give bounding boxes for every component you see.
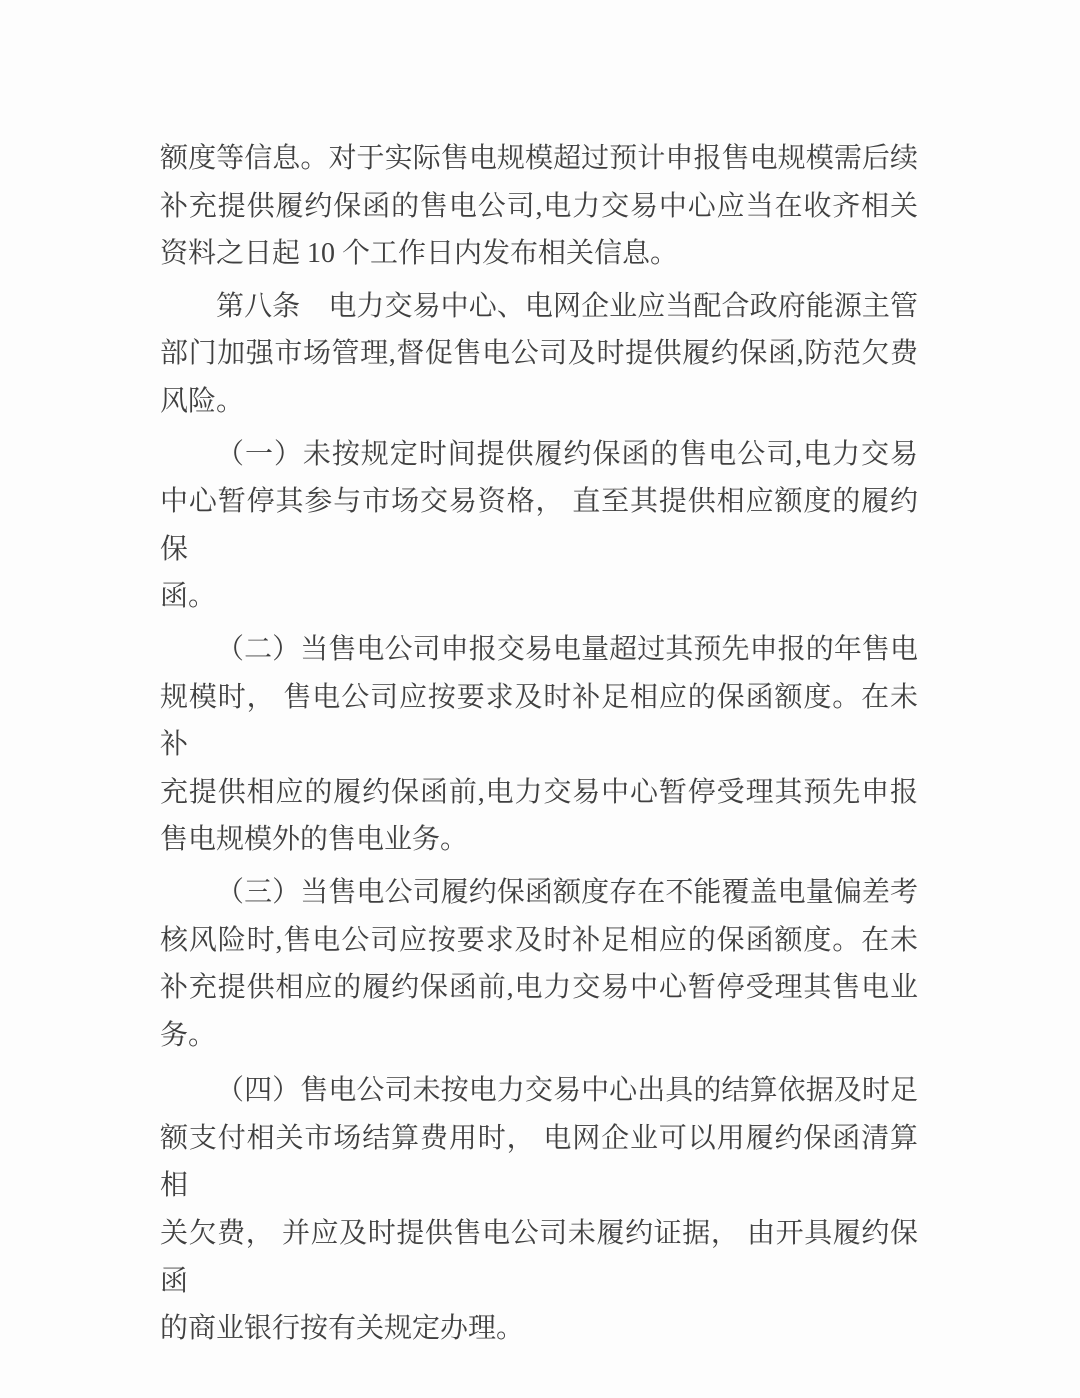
text-line: 补充提供履约保函的售电公司,电力交易中心应当在收齐相关 xyxy=(160,183,918,231)
text-line: 函。 xyxy=(160,573,918,621)
text-line: （四）售电公司未按电力交易中心出具的结算依据及时足 xyxy=(160,1067,918,1115)
text-line: 额支付相关市场结算费用时， 电网企业可以用履约保函清算相 xyxy=(160,1115,918,1210)
document-text-block: 额度等信息。对于实际售电规模超过预计申报售电规模需后续 补充提供履约保函的售电公… xyxy=(160,135,918,1353)
text-line: 核风险时,售电公司应按要求及时补足相应的保函额度。在未 xyxy=(160,917,918,965)
text-line: 的商业银行按有关规定办理。 xyxy=(160,1305,918,1353)
paragraph-item-4: （四）售电公司未按电力交易中心出具的结算依据及时足 额支付相关市场结算费用时， … xyxy=(160,1067,918,1353)
text-line: 售电规模外的售电业务。 xyxy=(160,816,918,864)
text-line: （一）未按规定时间提供履约保函的售电公司,电力交易 xyxy=(160,431,918,479)
text-line: 中心暂停其参与市场交易资格， 直至其提供相应额度的履约保 xyxy=(160,478,918,573)
paragraph-item-3: （三）当售电公司履约保函额度存在不能覆盖电量偏差考 核风险时,售电公司应按要求及… xyxy=(160,869,918,1059)
text-line: 部门加强市场管理,督促售电公司及时提供履约保函,防范欠费 xyxy=(160,330,918,378)
text-line: 务。 xyxy=(160,1012,918,1060)
text-line: 第八条 电力交易中心、电网企业应当配合政府能源主管 xyxy=(160,283,918,331)
paragraph-article-8: 第八条 电力交易中心、电网企业应当配合政府能源主管 部门加强市场管理,督促售电公… xyxy=(160,283,918,426)
text-line: （二）当售电公司申报交易电量超过其预先申报的年售电 xyxy=(160,626,918,674)
text-line: 风险。 xyxy=(160,378,918,426)
text-line: 充提供相应的履约保函前,电力交易中心暂停受理其预先申报 xyxy=(160,769,918,817)
text-line: 补充提供相应的履约保函前,电力交易中心暂停受理其售电业 xyxy=(160,964,918,1012)
text-line: 关欠费， 并应及时提供售电公司未履约证据， 由开具履约保函 xyxy=(160,1210,918,1305)
text-line: 资料之日起 10 个工作日内发布相关信息。 xyxy=(160,230,918,278)
text-line: 规模时， 售电公司应按要求及时补足相应的保函额度。在未补 xyxy=(160,674,918,769)
paragraph-item-1: （一）未按规定时间提供履约保函的售电公司,电力交易 中心暂停其参与市场交易资格，… xyxy=(160,431,918,621)
paragraph-continuation: 额度等信息。对于实际售电规模超过预计申报售电规模需后续 补充提供履约保函的售电公… xyxy=(160,135,918,278)
text-line: （三）当售电公司履约保函额度存在不能覆盖电量偏差考 xyxy=(160,869,918,917)
paragraph-item-2: （二）当售电公司申报交易电量超过其预先申报的年售电 规模时， 售电公司应按要求及… xyxy=(160,626,918,864)
document-page: 额度等信息。对于实际售电规模超过预计申报售电规模需后续 补充提供履约保函的售电公… xyxy=(0,0,1080,1398)
text-line: 额度等信息。对于实际售电规模超过预计申报售电规模需后续 xyxy=(160,135,918,183)
